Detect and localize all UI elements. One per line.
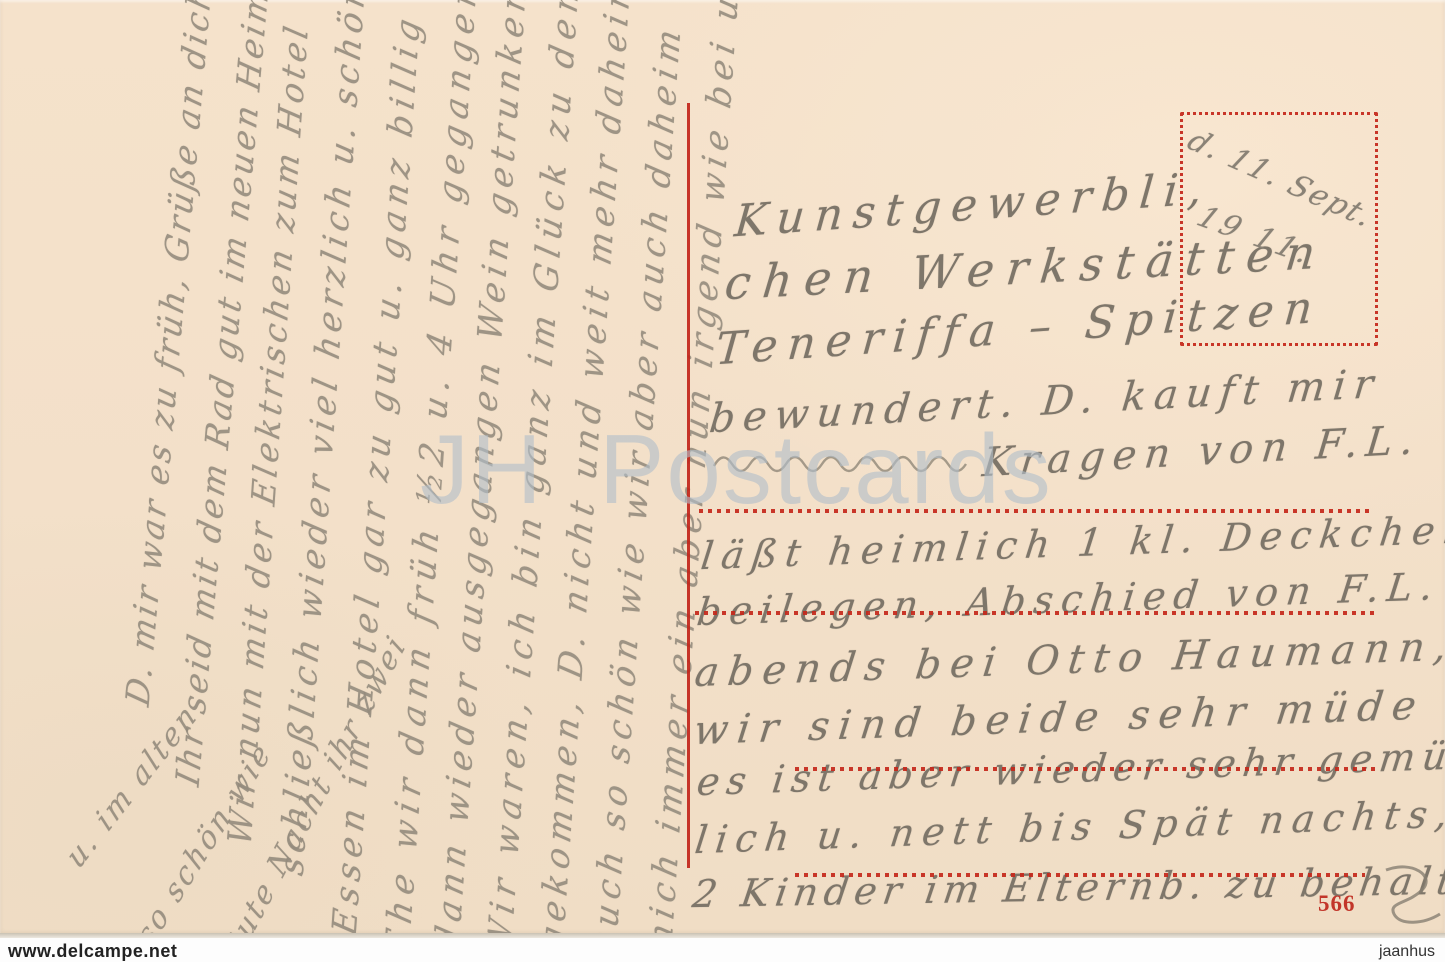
address-handwriting-line: lich u. nett bis Spät nachts,: [693, 791, 1445, 862]
postcard-scan-page: mich immer ein aber nun irgend wie bei u…: [0, 0, 1445, 962]
address-dotted-line-4: [795, 873, 1365, 877]
address-dotted-line-2: [695, 611, 1376, 615]
stamp-box: [1180, 112, 1378, 346]
catalog-number: 566: [1318, 891, 1356, 917]
address-handwriting-line: beilegen, Abschied von F.L.: [695, 564, 1444, 634]
source-site-label: www.delcampe.net: [8, 941, 177, 962]
corner-watermark-label: jaanhus: [1379, 943, 1435, 961]
signature-flourish: [1378, 862, 1444, 932]
postcard-back: mich immer ein aber nun irgend wie bei u…: [0, 0, 1445, 936]
footer-bar: [0, 938, 1445, 962]
address-dotted-line-3: [795, 767, 1380, 771]
center-watermark: JH Postcards: [420, 413, 1053, 526]
